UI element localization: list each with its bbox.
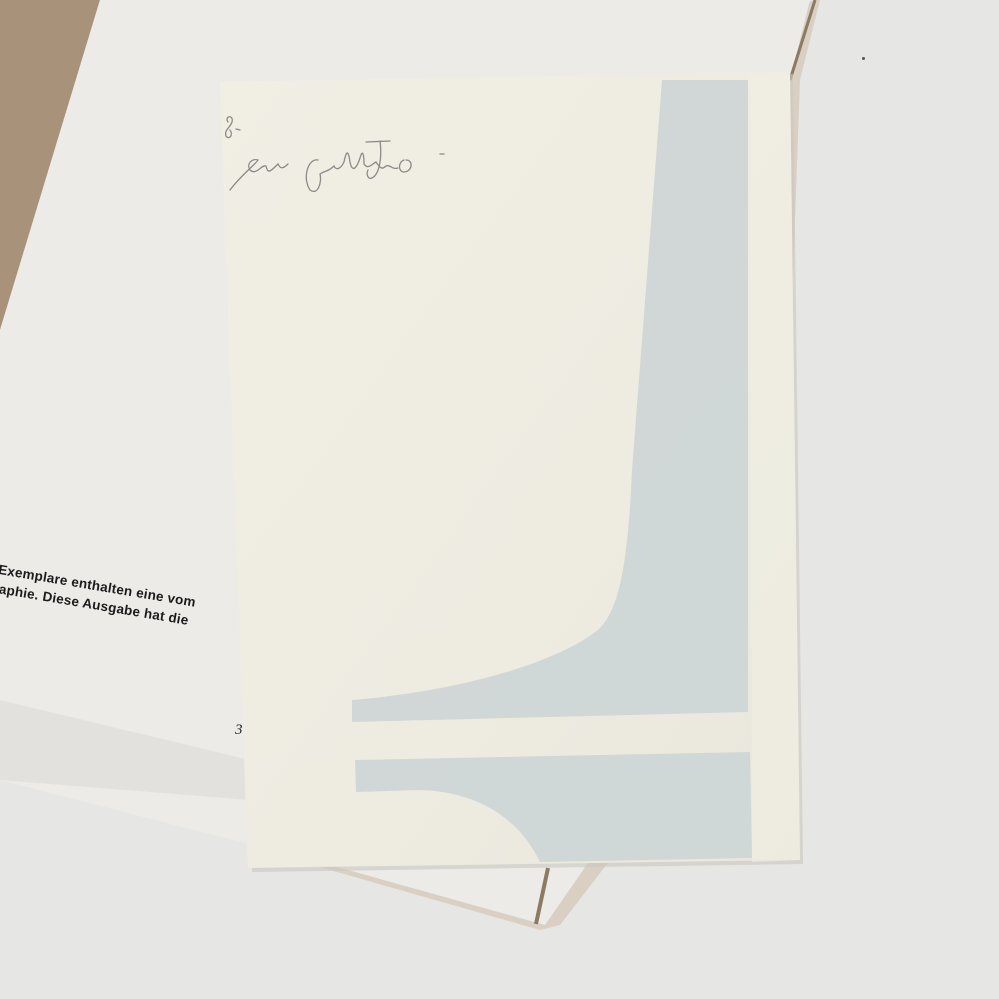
pencil-inscription	[222, 112, 522, 202]
photo-scene: Exemplare enthalten eine vom graphie. Di…	[0, 0, 999, 999]
mark-eight	[226, 117, 233, 138]
dust-speck	[862, 57, 865, 60]
